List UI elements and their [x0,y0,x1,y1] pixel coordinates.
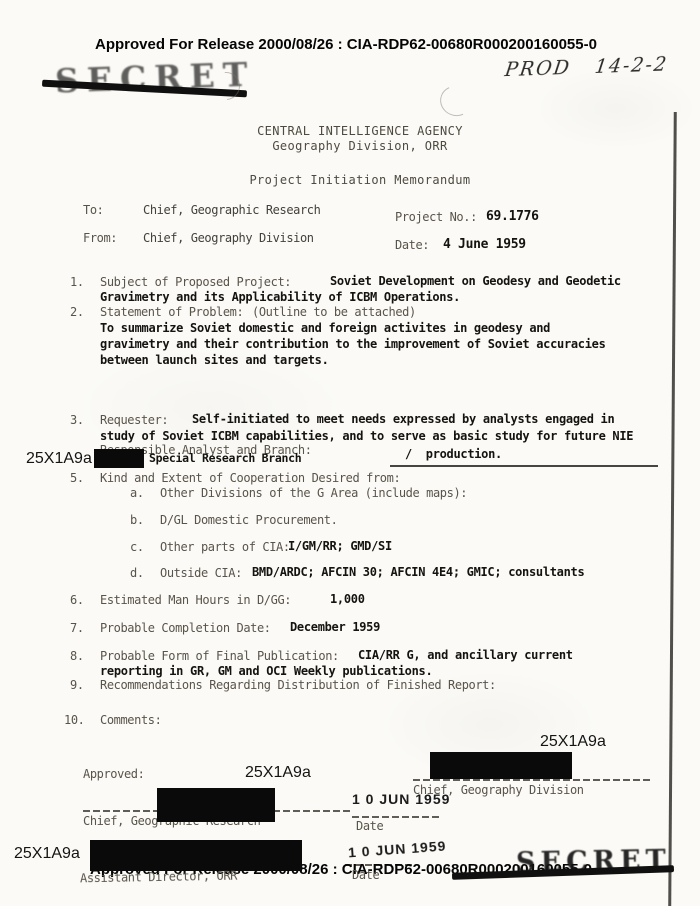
redaction-code-right-signature: 25X1A9a [540,733,606,751]
page-edge-line [668,112,676,906]
bottom-signature-title: Assistant Director, ORR [80,869,237,886]
redaction-box-item4 [94,449,144,468]
item5-number: 5. [70,471,84,485]
item5d-label: Outside CIA: [160,566,242,580]
item9-label: Recommendations Regarding Distribution o… [100,678,496,692]
item3-label: Requester: [100,413,168,427]
item5b-label: D/GL Domestic Procurement. [160,513,337,527]
from-value: Chief, Geography Division [143,231,314,245]
item2-answer-line3: between launch sites and targets. [100,353,329,367]
to-label: To: [83,203,103,217]
date-stamp-left: 1 0 JUN 1959 [352,791,450,807]
release-header-line: Approved For Release 2000/08/26 : CIA-RD… [95,36,597,53]
item1-answer-line2: Gravimetry and its Applicability of ICBM… [100,290,460,304]
handwritten-prod-note: PROD 14-2-2 [503,53,669,81]
date-label: Date: [395,238,429,252]
item2-answer-line2: gravimetry and their contribution to the… [100,337,606,351]
redaction-box-right-signature [430,752,572,779]
redaction-box-bottom-signature [90,840,302,871]
from-label: From: [83,231,117,245]
item7-label: Probable Completion Date: [100,621,271,635]
production-underline [390,465,658,467]
redaction-box-left-signature [157,788,275,822]
item5a-number: a. [130,486,144,500]
left-date-label: Date [356,819,383,833]
pencil-arc-mark [436,81,476,120]
item5-label: Kind and Extent of Cooperation Desired f… [100,471,400,485]
letterhead-agency: CENTRAL INTELLIGENCE AGENCY [20,124,700,138]
item1-label: Subject of Proposed Project: [100,275,291,289]
item3-answer-line1: Self-initiated to meet needs expressed b… [192,412,614,426]
item4-answer: Special Research Branch [149,451,301,465]
item1-answer-line1: Soviet Development on Geodesy and Geodet… [330,274,621,288]
item9-number: 9. [70,678,84,692]
item6-number: 6. [70,593,84,607]
memo-title: Project Initiation Memorandum [20,173,700,187]
approved-label: Approved: [83,767,144,781]
item2-answer-line1: To summarize Soviet domestic and foreign… [100,321,550,335]
redaction-code-bottom-signature: 25X1A9a [14,845,80,863]
item6-answer: 1,000 [330,592,365,606]
date-stamp-bottom: 1 0 JUN 1959 [348,838,447,861]
item7-number: 7. [70,621,84,635]
project-no-value: 69.1776 [486,209,539,224]
bottom-date-label: Date [352,868,379,882]
to-value: Chief, Geographic Research [143,203,320,217]
item5d-number: d. [130,566,144,580]
item5c-number: c. [130,540,144,554]
item5b-number: b. [130,513,144,527]
item2-label: Statement of Problem: [100,305,243,319]
project-no-label: Project No.: [395,210,477,224]
left-date-line [352,816,442,818]
item8-answer-line2: reporting in GR, GM and OCI Weekly publi… [100,664,432,678]
item3-number: 3. [70,413,84,427]
item8-number: 8. [70,649,84,663]
item10-label: Comments: [100,713,161,727]
redaction-code-item4: 25X1A9a [26,450,92,468]
letterhead-division: Geography Division, ORR [20,139,700,153]
item2-number: 2. [70,305,84,319]
item3-answer-line2: study of Soviet ICBM capabilities, and t… [100,429,633,443]
item8-answer-line1: CIA/RR G, and ancillary current [358,648,573,662]
item1-number: 1. [70,275,84,289]
item3-answer-line3: / production. [405,447,502,461]
item7-answer: December 1959 [290,620,380,634]
item5c-answer: I/GM/RR; GMD/SI [288,539,392,553]
item5c-label: Other parts of CIA: [160,540,290,554]
right-signature-line [413,779,650,781]
item6-label: Estimated Man Hours in D/GG: [100,593,291,607]
item5d-answer: BMD/ARDC; AFCIN 30; AFCIN 4E4; GMIC; con… [252,565,584,579]
item2-note: (Outline to be attached) [252,305,416,319]
scanned-memo-page: Approved For Release 2000/08/26 : CIA-RD… [0,0,700,906]
item10-number: 10. [64,713,84,727]
item8-label: Probable Form of Final Publication: [100,649,339,663]
item5a-label: Other Divisions of the G Area (include m… [160,486,467,500]
date-value: 4 June 1959 [443,237,526,252]
redaction-code-left-signature: 25X1A9a [245,764,311,782]
